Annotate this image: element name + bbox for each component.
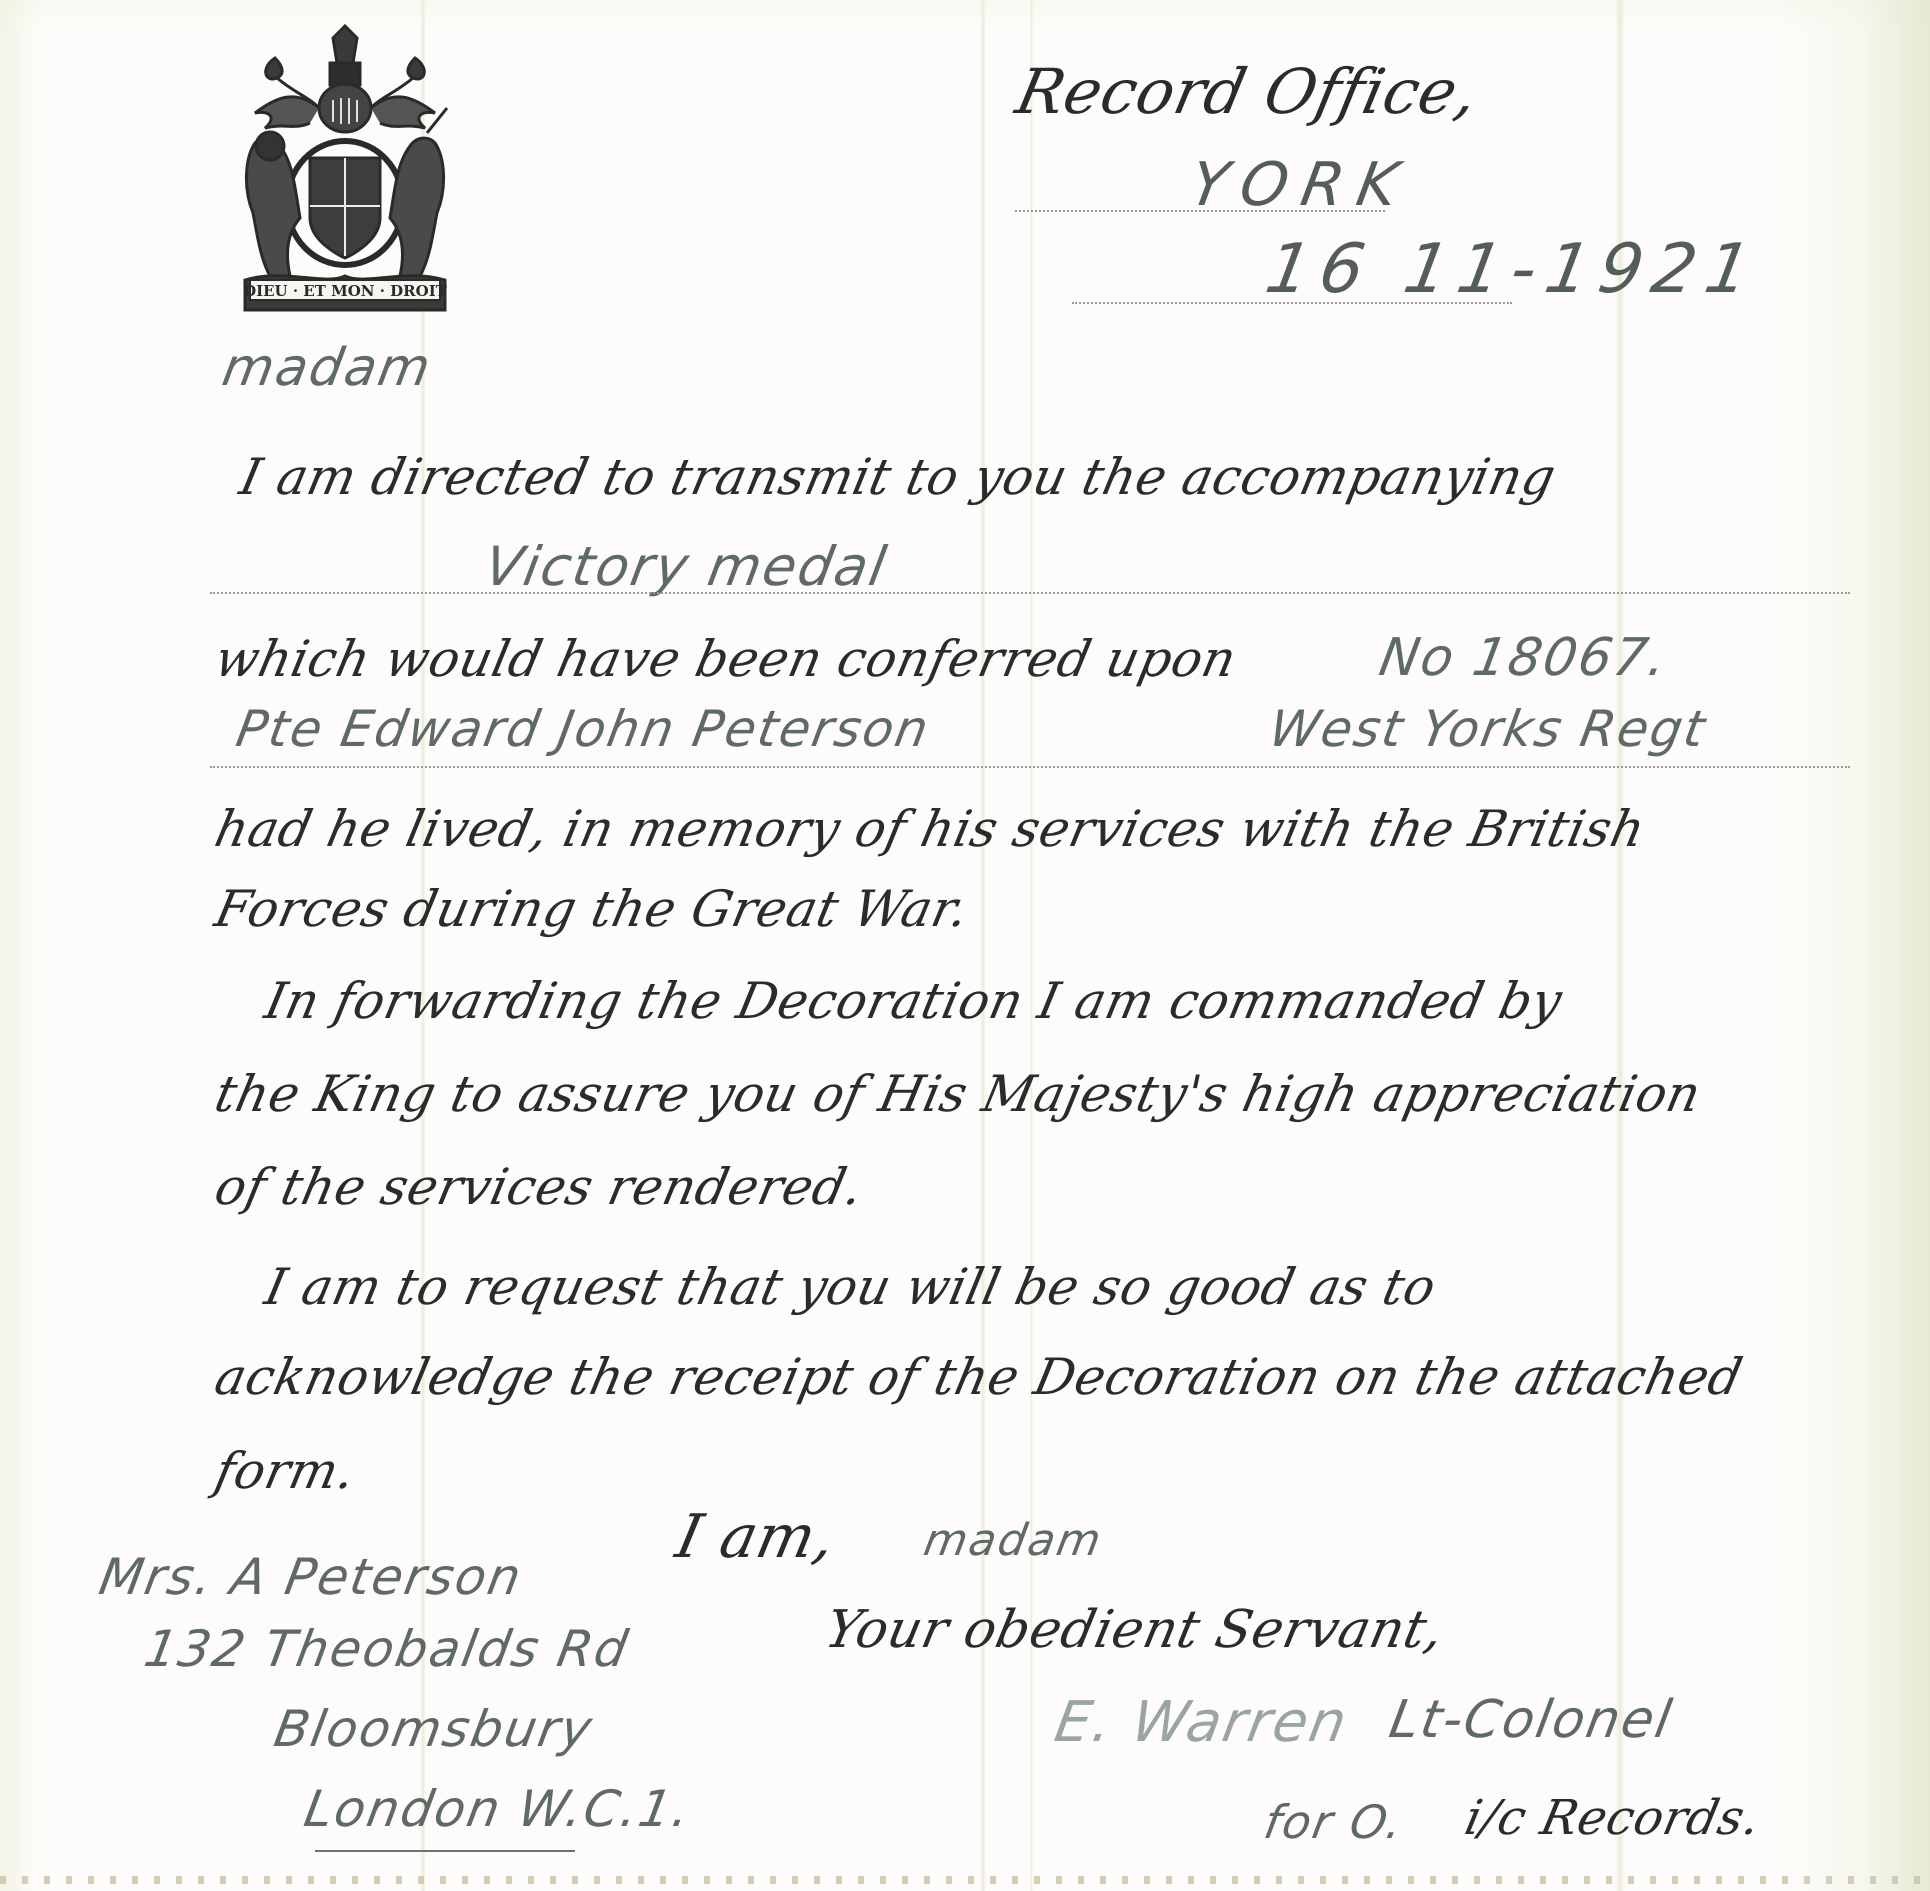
closing-servant: Your obedient Servant, <box>820 1600 1449 1660</box>
dotted-rule <box>210 766 1850 768</box>
body-line-8: I am to request that you will be so good… <box>260 1258 1441 1316</box>
closing-i-am: I am, <box>670 1502 842 1572</box>
ic-records: i/c Records. <box>1460 1790 1765 1846</box>
body-line-3: had he lived, in memory of his services … <box>210 800 1650 858</box>
body-line-6: the King to assure you of His Majesty's … <box>210 1065 1706 1123</box>
body-line-10: form. <box>210 1442 361 1500</box>
body-line-2: which would have been conferred upon <box>210 630 1242 688</box>
body-line-9: acknowledge the receipt of the Decoratio… <box>210 1348 1748 1406</box>
record-office-label: Record Office, <box>1010 55 1485 128</box>
recipient-name: Mrs. A Peterson <box>95 1548 527 1606</box>
body-line-1: I am directed to transmit to you the acc… <box>235 448 1561 506</box>
perforated-edge <box>0 1876 1930 1884</box>
closing-madam: madam <box>920 1515 1107 1566</box>
signature: E. Warren <box>1050 1690 1353 1755</box>
address-underline <box>315 1850 575 1852</box>
letter-date: 16 11-1921 <box>1260 230 1766 309</box>
letter-page: DIEU · ET MON · DROIT Record Office, YOR… <box>0 0 1930 1891</box>
body-line-4: Forces during the Great War. <box>210 880 974 938</box>
body-line-5: In forwarding the Decoration I am comman… <box>260 972 1567 1030</box>
for-officer: for O. <box>1260 1795 1408 1849</box>
signatory-rank: Lt-Colonel <box>1385 1690 1677 1750</box>
dotted-rule <box>1072 302 1512 304</box>
dotted-rule <box>1015 210 1385 212</box>
soldier-name: Pte Edward John Peterson <box>232 700 934 758</box>
recipient-street: 132 Theobalds Rd <box>140 1620 634 1678</box>
service-number: No 18067. <box>1375 628 1673 688</box>
crest-motto: DIEU · ET MON · DROIT <box>243 282 448 300</box>
dotted-rule <box>210 592 1850 594</box>
recipient-district: Bloomsbury <box>270 1700 598 1758</box>
royal-coat-of-arms-icon: DIEU · ET MON · DROIT <box>215 18 475 318</box>
body-line-7: of the services rendered. <box>210 1158 868 1216</box>
salutation: madam <box>218 338 437 398</box>
medal-name: Victory medal <box>480 535 892 598</box>
regiment: West Yorks Regt <box>1265 700 1711 758</box>
recipient-city: London W.C.1. <box>300 1780 696 1838</box>
